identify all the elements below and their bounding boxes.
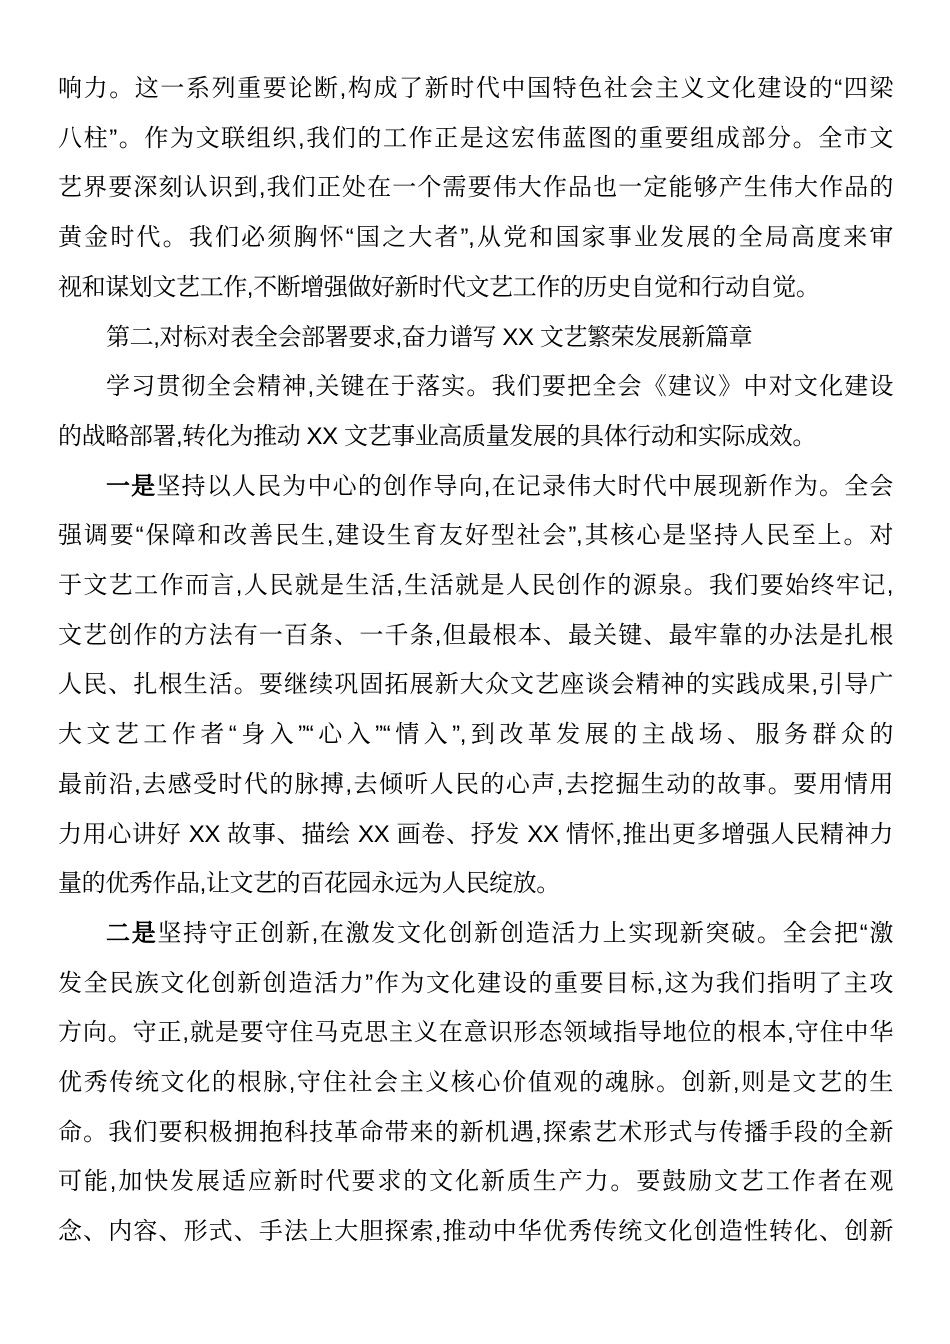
document-text: 响力。这一系列重要论断,构成了新时代中国特色社会主义文化建设的“四梁八柱”。作为… — [58, 64, 893, 1257]
text-run: 响力。这一系列重要论断,构成了新时代中国特色社会主义文化建设的“四梁 — [58, 75, 893, 102]
bold-run: 一是 — [106, 473, 156, 500]
text-run: 坚持守正创新,在激发文化创新创造活力上实现新突破。全会把“激 — [157, 920, 893, 947]
text-run: 强调要“保障和改善民生,建设生育友好型社会”,其核心是坚持人民至上。对 — [58, 522, 893, 549]
text-run: 人民、扎根生活。要继续巩固拓展新大众文艺座谈会精神的实践成果,引导广 — [58, 671, 893, 698]
text-run: 文艺创作的方法有一百条、一千条,但最根本、最关键、最牢靠的办法是扎根 — [58, 622, 893, 649]
text-run: 学习贯彻全会精神,关键在于落实。我们要把全会《建议》中对文化建设 — [106, 373, 893, 400]
text-line: 力用心讲好 XX 故事、描绘 XX 画卷、抒发 XX 情怀,推出更多增强人民精神… — [58, 810, 893, 860]
text-run: 坚持以人民为中心的创作导向,在记录伟大时代中展现新作为。全会 — [156, 473, 893, 500]
text-line: 强调要“保障和改善民生,建设生育友好型社会”,其核心是坚持人民至上。对 — [58, 511, 893, 561]
text-line: 黄金时代。我们必须胸怀“国之大者”,从党和国家事业发展的全局高度来审 — [58, 213, 893, 263]
text-line: 的战略部署,转化为推动 XX 文艺事业高质量发展的具体行动和实际成效。 — [58, 412, 893, 462]
text-line: 响力。这一系列重要论断,构成了新时代中国特色社会主义文化建设的“四梁 — [58, 64, 893, 114]
text-run: 于文艺工作而言,人民就是生活,生活就是人民创作的源泉。我们要始终牢记, — [58, 572, 893, 599]
text-line: 可能,加快发展适应新时代要求的文化新质生产力。要鼓励文艺工作者在观 — [58, 1157, 893, 1207]
text-line: 方向。守正,就是要守住马克思主义在意识形态领域指导地位的根本,守住中华 — [58, 1008, 893, 1058]
text-line: 八柱”。作为文联组织,我们的工作正是这宏伟蓝图的重要组成部分。全市文 — [58, 114, 893, 164]
text-line: 大文艺工作者“身入”“心入”“情入”,到改革发展的主战场、服务群众的 — [58, 710, 893, 760]
text-line: 于文艺工作而言,人民就是生活,生活就是人民创作的源泉。我们要始终牢记, — [58, 561, 893, 611]
text-line: 视和谋划文艺工作,不断增强做好新时代文艺工作的历史自觉和行动自觉。 — [58, 263, 893, 313]
text-run: 的战略部署,转化为推动 XX 文艺事业高质量发展的具体行动和实际成效。 — [58, 423, 816, 450]
text-run: 第二,对标对表全会部署要求,奋力谱写 XX 文艺繁荣发展新篇章 — [106, 324, 752, 351]
text-run: 视和谋划文艺工作,不断增强做好新时代文艺工作的历史自觉和行动自觉。 — [58, 274, 819, 301]
text-line: 一是坚持以人民为中心的创作导向,在记录伟大时代中展现新作为。全会 — [58, 462, 893, 512]
text-line: 二是坚持守正创新,在激发文化创新创造活力上实现新突破。全会把“激 — [58, 909, 893, 959]
text-run: 发全民族文化创新创造活力”作为文化建设的重要目标,这为我们指明了主攻 — [58, 970, 893, 997]
text-run: 命。我们要积极拥抱科技革命带来的新机遇,探索艺术形式与传播手段的全新 — [58, 1119, 893, 1146]
bold-run: 二是 — [106, 920, 157, 947]
text-line: 量的优秀作品,让文艺的百花园永远为人民绽放。 — [58, 859, 893, 909]
text-line: 念、内容、形式、手法上大胆探索,推动中华优秀传统文化创造性转化、创新 — [58, 1207, 893, 1257]
text-run: 方向。守正,就是要守住马克思主义在意识形态领域指导地位的根本,守住中华 — [58, 1019, 893, 1046]
text-line: 发全民族文化创新创造活力”作为文化建设的重要目标,这为我们指明了主攻 — [58, 959, 893, 1009]
text-run: 优秀传统文化的根脉,守住社会主义核心价值观的魂脉。创新,则是文艺的生 — [58, 1069, 893, 1096]
text-line: 文艺创作的方法有一百条、一千条,但最根本、最关键、最牢靠的办法是扎根 — [58, 611, 893, 661]
text-run: 最前沿,去感受时代的脉搏,去倾听人民的心声,去挖掘生动的故事。要用情用 — [58, 771, 893, 798]
text-run: 艺界要深刻认识到,我们正处在一个需要伟大作品也一定能够产生伟大作品的 — [58, 174, 893, 201]
text-run: 念、内容、形式、手法上大胆探索,推动中华优秀传统文化创造性转化、创新 — [58, 1218, 893, 1245]
text-run: 量的优秀作品,让文艺的百花园永远为人民绽放。 — [58, 870, 560, 897]
text-line: 学习贯彻全会精神,关键在于落实。我们要把全会《建议》中对文化建设 — [58, 362, 893, 412]
text-run: 可能,加快发展适应新时代要求的文化新质生产力。要鼓励文艺工作者在观 — [58, 1168, 893, 1195]
text-run: 力用心讲好 XX 故事、描绘 XX 画卷、抒发 XX 情怀,推出更多增强人民精神… — [58, 821, 893, 848]
text-line: 艺界要深刻认识到,我们正处在一个需要伟大作品也一定能够产生伟大作品的 — [58, 163, 893, 213]
text-run: 大文艺工作者“身入”“心入”“情入”,到改革发展的主战场、服务群众的 — [58, 721, 893, 748]
text-line: 最前沿,去感受时代的脉搏,去倾听人民的心声,去挖掘生动的故事。要用情用 — [58, 760, 893, 810]
text-run: 八柱”。作为文联组织,我们的工作正是这宏伟蓝图的重要组成部分。全市文 — [58, 125, 893, 152]
text-line: 人民、扎根生活。要继续巩固拓展新大众文艺座谈会精神的实践成果,引导广 — [58, 660, 893, 710]
document-page: 响力。这一系列重要论断,构成了新时代中国特色社会主义文化建设的“四梁八柱”。作为… — [0, 0, 950, 1344]
text-line: 命。我们要积极拥抱科技革命带来的新机遇,探索艺术形式与传播手段的全新 — [58, 1108, 893, 1158]
text-line: 第二,对标对表全会部署要求,奋力谱写 XX 文艺繁荣发展新篇章 — [58, 313, 893, 363]
text-line: 优秀传统文化的根脉,守住社会主义核心价值观的魂脉。创新,则是文艺的生 — [58, 1058, 893, 1108]
text-run: 黄金时代。我们必须胸怀“国之大者”,从党和国家事业发展的全局高度来审 — [58, 224, 893, 251]
